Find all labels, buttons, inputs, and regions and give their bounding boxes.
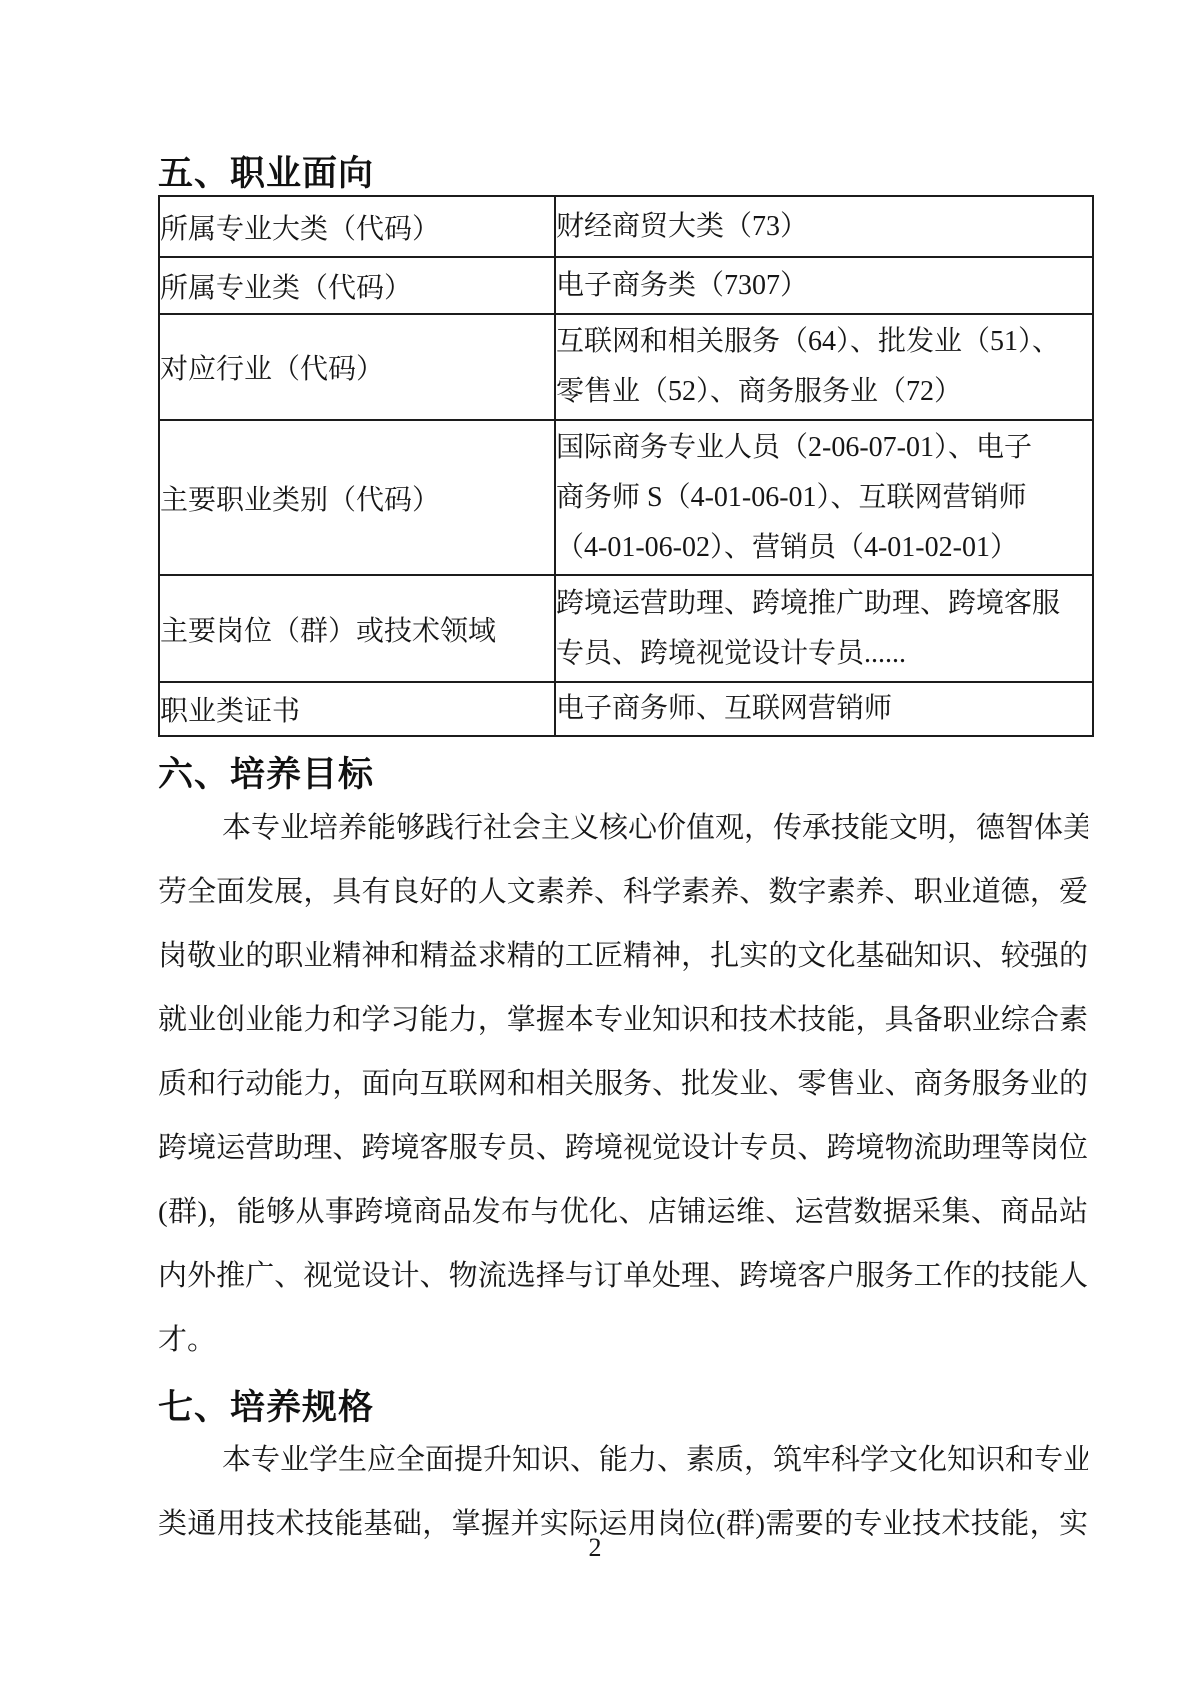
section-heading-objectives: 六、培养目标: [158, 747, 374, 797]
row-label: 主要职业类别（代码）: [159, 420, 555, 575]
section-heading-career: 五、职业面向: [158, 146, 374, 196]
row-label: 职业类证书: [159, 682, 555, 736]
row-value: 电子商务类（7307）: [555, 257, 1093, 314]
row-label: 所属专业类（代码）: [159, 257, 555, 314]
paragraph-line: 本专业学生应全面提升知识、能力、素质，筑牢科学文化知识和专业: [158, 1428, 1088, 1492]
table-row: 职业类证书 电子商务师、互联网营销师: [159, 682, 1093, 736]
page-number: 2: [0, 1533, 1190, 1563]
paragraph-line: 劳全面发展，具有良好的人文素养、科学素养、数字素养、职业道德，爱: [158, 860, 1088, 924]
row-value-line: 专员、跨境视觉设计专员......: [556, 629, 1092, 679]
row-label: 所属专业大类（代码）: [159, 196, 555, 257]
row-value-line: 电子商务师、互联网营销师: [556, 684, 1092, 734]
row-value-line: 电子商务类（7307）: [556, 261, 1092, 311]
row-value: 国际商务专业人员（2-06-07-01）、电子 商务师 S（4-01-06-01…: [555, 420, 1093, 575]
section-heading-specs: 七、培养规格: [158, 1380, 374, 1430]
career-orientation-table: 所属专业大类（代码） 财经商贸大类（73） 所属专业类（代码） 电子商务类（73…: [158, 195, 1094, 737]
paragraph-line: 就业创业能力和学习能力，掌握本专业知识和技术技能，具备职业综合素: [158, 988, 1088, 1052]
paragraph-line: 跨境运营助理、跨境客服专员、跨境视觉设计专员、跨境物流助理等岗位: [158, 1116, 1088, 1180]
objectives-paragraph: 本专业培养能够践行社会主义核心价值观，传承技能文明，德智体美 劳全面发展，具有良…: [158, 796, 1088, 1372]
row-label: 主要岗位（群）或技术领域: [159, 575, 555, 682]
table-row: 主要职业类别（代码） 国际商务专业人员（2-06-07-01）、电子 商务师 S…: [159, 420, 1093, 575]
paragraph-line: (群)，能够从事跨境商品发布与优化、店铺运维、运营数据采集、商品站: [158, 1180, 1088, 1244]
paragraph-line: 本专业培养能够践行社会主义核心价值观，传承技能文明，德智体美: [158, 796, 1088, 860]
row-value: 电子商务师、互联网营销师: [555, 682, 1093, 736]
row-value-line: 商务师 S（4-01-06-01）、互联网营销师: [556, 473, 1092, 523]
paragraph-line: 质和行动能力，面向互联网和相关服务、批发业、零售业、商务服务业的: [158, 1052, 1088, 1116]
row-value-line: 国际商务专业人员（2-06-07-01）、电子: [556, 423, 1092, 473]
table-row: 主要岗位（群）或技术领域 跨境运营助理、跨境推广助理、跨境客服 专员、跨境视觉设…: [159, 575, 1093, 682]
table-row: 对应行业（代码） 互联网和相关服务（64）、批发业（51）、 零售业（52）、商…: [159, 314, 1093, 420]
row-value: 财经商贸大类（73）: [555, 196, 1093, 257]
document-page: 五、职业面向 所属专业大类（代码） 财经商贸大类（73） 所属专业类（代码） 电…: [0, 0, 1190, 1683]
row-value: 互联网和相关服务（64）、批发业（51）、 零售业（52）、商务服务业（72）: [555, 314, 1093, 420]
paragraph-line: 岗敬业的职业精神和精益求精的工匠精神，扎实的文化基础知识、较强的: [158, 924, 1088, 988]
row-value-line: 零售业（52）、商务服务业（72）: [556, 367, 1092, 417]
paragraph-line: 才。: [158, 1308, 1088, 1372]
row-value-line: 互联网和相关服务（64）、批发业（51）、: [556, 317, 1092, 367]
row-value-line: 财经商贸大类（73）: [556, 202, 1092, 252]
table-row: 所属专业大类（代码） 财经商贸大类（73）: [159, 196, 1093, 257]
row-value: 跨境运营助理、跨境推广助理、跨境客服 专员、跨境视觉设计专员......: [555, 575, 1093, 682]
row-value-line: 跨境运营助理、跨境推广助理、跨境客服: [556, 579, 1092, 629]
table-row: 所属专业类（代码） 电子商务类（7307）: [159, 257, 1093, 314]
paragraph-line: 内外推广、视觉设计、物流选择与订单处理、跨境客户服务工作的技能人: [158, 1244, 1088, 1308]
row-value-line: （4-01-06-02）、营销员（4-01-02-01）: [556, 523, 1092, 573]
row-label: 对应行业（代码）: [159, 314, 555, 420]
